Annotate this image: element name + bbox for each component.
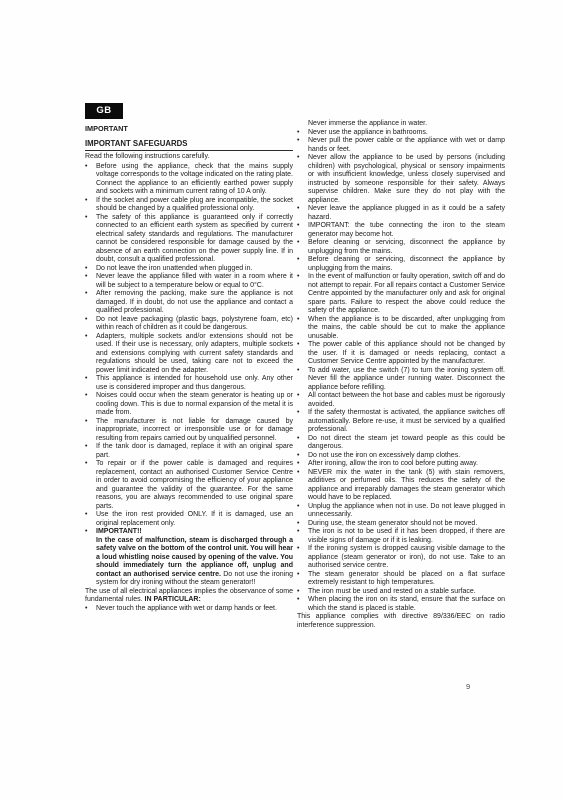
list-item: • IMPORTANT!!In the case of malfunction,… <box>85 528 293 588</box>
bullet-icon: • <box>297 367 308 376</box>
directive-note: This appliance complies with directive 8… <box>297 613 505 630</box>
list-item: • When the appliance is to be discarded,… <box>297 316 505 342</box>
bullet-icon: • <box>85 443 96 452</box>
bullet-icon: • <box>297 460 308 469</box>
list-item-text: When the appliance is to be discarded, a… <box>308 316 505 342</box>
list-item-text: Use the iron rest provided ONLY. If it i… <box>96 511 293 528</box>
column-lead-text: Never immerse the appliance in water. <box>297 120 505 129</box>
list-item-text: If the safety thermostat is activated, t… <box>308 409 505 435</box>
list-item: • Never leave the appliance filled with … <box>85 273 293 290</box>
list-item-text: Never allow the appliance to be used by … <box>308 154 505 205</box>
list-item: • If the socket and power cable plug are… <box>85 197 293 214</box>
bullet-icon: • <box>297 469 308 478</box>
list-item-text: The manufacturer is not liable for damag… <box>96 418 293 444</box>
list-item-text: Never touch the appliance with wet or da… <box>96 605 293 614</box>
safeguards-intro: Read the following instructions carefull… <box>85 153 293 162</box>
list-item: • Never pull the power cable or the appl… <box>297 137 505 154</box>
list-item: • Never touch the appliance with wet or … <box>85 605 293 614</box>
bullet-icon: • <box>297 528 308 537</box>
list-item-text: After removing the packing, make sure th… <box>96 290 293 316</box>
safeguards-list-continued: • Never touch the appliance with wet or … <box>85 605 293 614</box>
list-item: • When placing the iron on its stand, en… <box>297 596 505 613</box>
bullet-icon: • <box>85 528 96 537</box>
list-item-text: Before cleaning or servicing, disconnect… <box>308 256 505 273</box>
list-item-text: Before cleaning or servicing, disconnect… <box>308 239 505 256</box>
list-item: • In the event of malfunction or faulty … <box>297 273 505 316</box>
safeguards-list: • Before using the appliance, check that… <box>85 163 293 588</box>
bullet-icon: • <box>297 341 308 350</box>
list-item: • If the safety thermostat is activated,… <box>297 409 505 435</box>
bullet-icon: • <box>297 137 308 146</box>
bullet-icon: • <box>297 239 308 248</box>
bullet-icon: • <box>85 375 96 384</box>
list-item: • Use the iron rest provided ONLY. If it… <box>85 511 293 528</box>
list-item: • If the ironing system is dropped causi… <box>297 545 505 571</box>
important-heading: IMPORTANT <box>85 125 293 134</box>
list-item: • All contact between the hot base and c… <box>297 392 505 409</box>
bullet-icon: • <box>297 392 308 401</box>
bullet-icon: • <box>85 460 96 469</box>
list-item: • To add water, use the switch (7) to tu… <box>297 367 505 393</box>
list-item-text: After ironing, allow the iron to cool be… <box>308 460 505 469</box>
list-item-text: Before using the appliance, check that t… <box>96 163 293 197</box>
list-item-text: Unplug the appliance when not in use. Do… <box>308 503 505 520</box>
list-item: • To repair or if the power cable is dam… <box>85 460 293 511</box>
list-item-text: Never leave the appliance filled with wa… <box>96 273 293 290</box>
list-item-text: Do not use the iron on excessively damp … <box>308 452 505 461</box>
list-item: • The power cable of this appliance shou… <box>297 341 505 367</box>
list-item: • NEVER mix the water in the tank (5) wi… <box>297 469 505 503</box>
list-item: • Do not leave packaging (plastic bags, … <box>85 316 293 333</box>
bullet-icon: • <box>85 605 96 614</box>
page-number: 9 <box>466 682 470 691</box>
list-item: • After ironing, allow the iron to cool … <box>297 460 505 469</box>
list-item: • The steam generator should be placed o… <box>297 571 505 588</box>
list-item: • Never leave the appliance plugged in a… <box>297 205 505 222</box>
list-item-text: Noises could occur when the steam genera… <box>96 392 293 418</box>
list-item: • Never allow the appliance to be used b… <box>297 154 505 205</box>
particular-emphasis: IN PARTICULAR: <box>145 596 201 603</box>
list-item-text: To add water, use the switch (7) to turn… <box>308 367 505 393</box>
list-item-text: The iron must be used and rested on a st… <box>308 588 505 597</box>
list-item: • Never use the appliance in bathrooms. <box>297 129 505 138</box>
list-item: • The iron must be used and rested on a … <box>297 588 505 597</box>
list-item-text: To repair or if the power cable is damag… <box>96 460 293 511</box>
list-item-text: Adapters, multiple sockets and/or extens… <box>96 333 293 376</box>
list-item-text: All contact between the hot base and cab… <box>308 392 505 409</box>
list-item-text: In the event of malfunction or faulty op… <box>308 273 505 316</box>
list-item-text: The steam generator should be placed on … <box>308 571 505 588</box>
right-column: Never immerse the appliance in water. • … <box>297 120 505 630</box>
left-column: GB IMPORTANT IMPORTANT SAFEGUARDS Read t… <box>85 103 293 613</box>
list-item-text: Do not leave the iron unattended when pl… <box>96 265 293 274</box>
list-item-text: If the socket and power cable plug are i… <box>96 197 293 214</box>
bullet-icon: • <box>85 197 96 206</box>
bullet-icon: • <box>297 596 308 605</box>
bullet-icon: • <box>297 545 308 554</box>
safeguards-heading: IMPORTANT SAFEGUARDS <box>85 140 293 152</box>
bullet-icon: • <box>85 265 96 274</box>
list-item-text: IMPORTANT: the tube connecting the iron … <box>308 222 505 239</box>
bullet-icon: • <box>85 333 96 342</box>
bullet-icon: • <box>297 205 308 214</box>
list-item-text: If the tank door is damaged, replace it … <box>96 443 293 460</box>
bullet-icon: • <box>297 316 308 325</box>
bullet-icon: • <box>297 452 308 461</box>
list-item-text: IMPORTANT!!In the case of malfunction, s… <box>96 528 293 588</box>
list-item: • The safety of this appliance is guaran… <box>85 214 293 265</box>
list-item: • Do not use the iron on excessively dam… <box>297 452 505 461</box>
bullet-icon: • <box>85 418 96 427</box>
bullet-icon: • <box>85 163 96 172</box>
list-item: • Before cleaning or servicing, disconne… <box>297 256 505 273</box>
bullet-icon: • <box>297 503 308 512</box>
particular-paragraph: The use of all electrical appliances imp… <box>85 588 293 605</box>
bullet-icon: • <box>85 316 96 325</box>
list-item: • After removing the packing, make sure … <box>85 290 293 316</box>
bullet-icon: • <box>297 256 308 265</box>
list-item: • This appliance is intended for househo… <box>85 375 293 392</box>
list-item-text: Do not leave packaging (plastic bags, po… <box>96 316 293 333</box>
list-item: • Before using the appliance, check that… <box>85 163 293 197</box>
list-item-text: During use, the steam generator should n… <box>308 520 505 529</box>
list-item-text: This appliance is intended for household… <box>96 375 293 392</box>
list-item: • Unplug the appliance when not in use. … <box>297 503 505 520</box>
list-item: • The manufacturer is not liable for dam… <box>85 418 293 444</box>
list-item: • The iron is not to be used if it has b… <box>297 528 505 545</box>
bullet-icon: • <box>297 154 308 163</box>
list-item-text: Never use the appliance in bathrooms. <box>308 129 505 138</box>
list-item-text: NEVER mix the water in the tank (5) with… <box>308 469 505 503</box>
list-item: • Noises could occur when the steam gene… <box>85 392 293 418</box>
language-badge: GB <box>85 103 123 119</box>
list-item-text: If the ironing system is dropped causing… <box>308 545 505 571</box>
list-item: • Do not direct the steam jet toward peo… <box>297 435 505 452</box>
list-item: • Do not leave the iron unattended when … <box>85 265 293 274</box>
list-item: • Adapters, multiple sockets and/or exte… <box>85 333 293 376</box>
manual-page: GB IMPORTANT IMPORTANT SAFEGUARDS Read t… <box>0 0 565 800</box>
bullet-icon: • <box>85 290 96 299</box>
bullet-icon: • <box>297 273 308 282</box>
bullet-icon: • <box>85 511 96 520</box>
bullet-icon: • <box>297 222 308 231</box>
list-item: • Before cleaning or servicing, disconne… <box>297 239 505 256</box>
safeguards-list-right: • Never use the appliance in bathrooms. … <box>297 129 505 614</box>
list-item-text: The iron is not to be used if it has bee… <box>308 528 505 545</box>
list-item-text: The power cable of this appliance should… <box>308 341 505 367</box>
list-item: • During use, the steam generator should… <box>297 520 505 529</box>
list-item-text: Never leave the appliance plugged in as … <box>308 205 505 222</box>
bullet-icon: • <box>85 214 96 223</box>
list-item-text: When placing the iron on its stand, ensu… <box>308 596 505 613</box>
list-item: • IMPORTANT: the tube connecting the iro… <box>297 222 505 239</box>
list-item-text: The safety of this appliance is guarante… <box>96 214 293 265</box>
bullet-icon: • <box>297 409 308 418</box>
bullet-icon: • <box>297 588 308 597</box>
bullet-icon: • <box>297 129 308 138</box>
bullet-icon: • <box>297 520 308 529</box>
list-item: • If the tank door is damaged, replace i… <box>85 443 293 460</box>
bullet-icon: • <box>85 273 96 282</box>
bullet-icon: • <box>297 435 308 444</box>
list-item-text: Do not direct the steam jet toward peopl… <box>308 435 505 452</box>
list-item-text: Never pull the power cable or the applia… <box>308 137 505 154</box>
bullet-icon: • <box>85 392 96 401</box>
bullet-icon: • <box>297 571 308 580</box>
